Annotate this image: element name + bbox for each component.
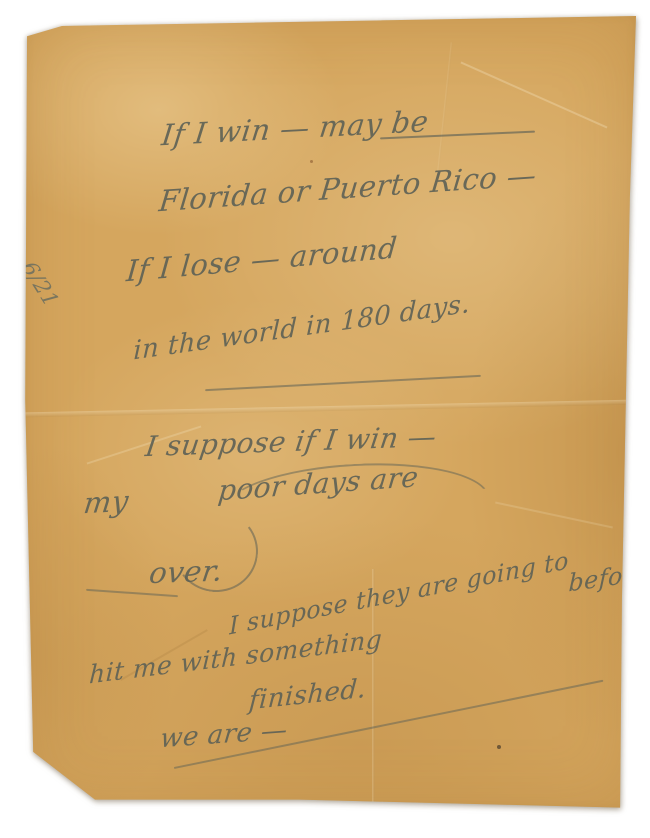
note-paper: 6/21 If I win — may be Florida or Puerto… bbox=[24, 14, 636, 810]
handwriting-word-we-are: we are — bbox=[159, 715, 289, 754]
pencil-tail-stroke bbox=[86, 589, 178, 597]
paper-shadow-wrap: 6/21 If I win — may be Florida or Puerto… bbox=[0, 0, 650, 838]
handwriting-line-world-180-days: in the world in 180 days. bbox=[133, 289, 471, 367]
handwriting-line-if-i-win: If I win — may be bbox=[160, 104, 431, 152]
paper-wrinkle bbox=[495, 502, 613, 529]
paper-speck bbox=[497, 745, 501, 749]
handwriting-word-over: over. bbox=[147, 553, 225, 590]
paper-wrinkle bbox=[461, 62, 608, 129]
horizontal-fold-crease bbox=[24, 400, 636, 418]
handwriting-line-if-i-lose: If I lose — around bbox=[125, 230, 399, 288]
handwriting-line-poor-days: poor days are bbox=[216, 460, 420, 507]
handwriting-word-my: my bbox=[82, 484, 131, 521]
handwriting-line-florida: Florida or Puerto Rico — bbox=[157, 158, 538, 219]
vertical-crease bbox=[437, 42, 453, 171]
margin-annotation: 6/21 bbox=[16, 258, 64, 310]
handwriting-word-finished: finished. bbox=[248, 674, 367, 717]
paper-speck bbox=[310, 160, 313, 163]
pencil-divider-line bbox=[205, 375, 481, 391]
handwriting-line-suppose-they: I suppose they are going to bbox=[229, 546, 569, 640]
handwriting-line-suppose-win: I suppose if I win — bbox=[143, 420, 438, 463]
handwriting-word-before: before bbox=[568, 558, 650, 598]
